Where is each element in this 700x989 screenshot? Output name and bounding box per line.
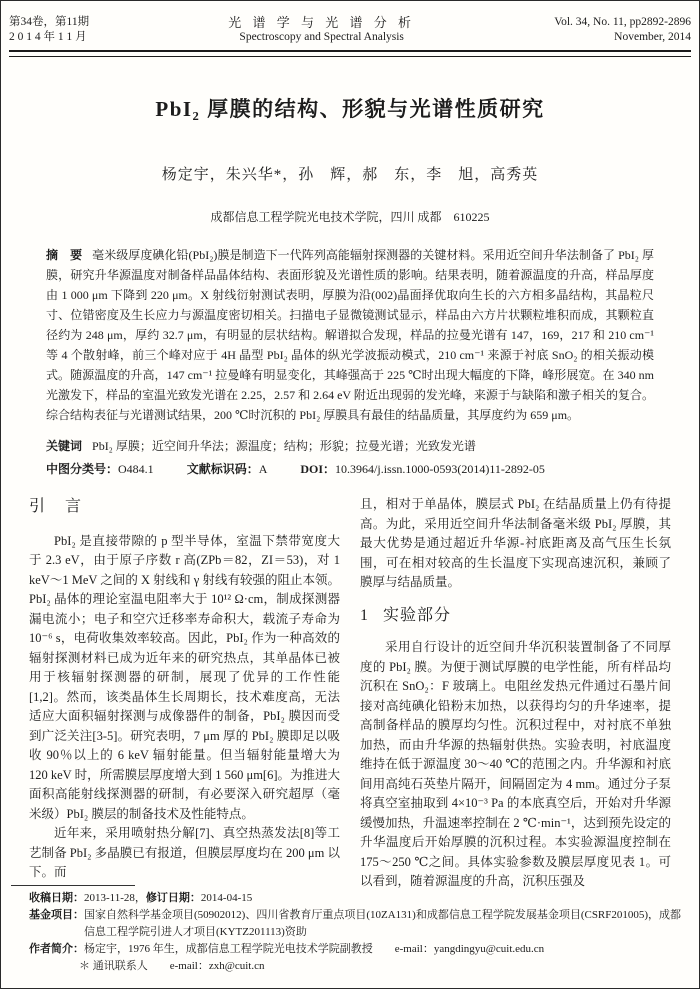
abstract-label: 摘 要 [46, 248, 82, 262]
clc-label: 中图分类号： [46, 462, 118, 476]
received-label: 收稿日期： [29, 892, 84, 904]
footnotes-block: 收稿日期：2013-11-28，修订日期：2014-04-15 基金项目：国家自… [29, 890, 689, 975]
bio-label: 作者简介： [29, 943, 84, 955]
issue-date-cn: 2 0 1 4 年 1 1 月 [9, 30, 89, 45]
affiliation-line: 成都信息工程学院光电技术学院，四川 成都 610225 [1, 208, 699, 225]
doc-code-segment: 文献标识码：A [187, 462, 268, 476]
footnote-divider [11, 885, 135, 886]
volume-issue: 第34卷，第11期 [9, 15, 89, 30]
keywords-block: 关键词PbI₂ 厚膜；近空间升华法；源温度；结构；形貌；拉曼光谱；光致发光谱 [46, 436, 654, 456]
intro-paragraph-1: PbI₂ 是直接带隙的 p 型半导体，室温下禁带宽度大于 2.3 eV，由于原子… [29, 532, 340, 825]
doc-code-label: 文献标识码： [187, 462, 259, 476]
intro-heading: 引 言 [29, 497, 340, 517]
header-vol-en-block: Vol. 34, No. 11, pp2892-2896 November, 2… [554, 15, 691, 45]
journal-header: 第34卷，第11期 2 0 1 4 年 1 1 月 光 谱 学 与 光 谱 分 … [1, 1, 699, 45]
journal-name-en: Spectroscopy and Spectral Analysis [228, 30, 415, 45]
journal-name-cn: 光 谱 学 与 光 谱 分 析 [228, 15, 415, 30]
abstract-block: 摘 要毫米级厚度碘化铅(PbI₂)膜是制造下一代阵列高能辐射探测器的关键材料。采… [46, 245, 654, 425]
abstract-text: 毫米级厚度碘化铅(PbI₂)膜是制造下一代阵列高能辐射探测器的关键材料。采用近空… [46, 248, 654, 422]
revised-label: 修订日期： [146, 892, 201, 904]
keywords-text: PbI₂ 厚膜；近空间升华法；源温度；结构；形貌；拉曼光谱；光致发光谱 [92, 439, 476, 453]
left-column: 引 言 PbI₂ 是直接带隙的 p 型半导体，室温下禁带宽度大于 2.3 eV，… [29, 495, 340, 892]
right-column: 且，相对于单晶体，膜层式 PbI₂ 在结晶质量上仍有待提高。为此，采用近空间升华… [360, 495, 671, 892]
paper-page: 第34卷，第11期 2 0 1 4 年 1 1 月 光 谱 学 与 光 谱 分 … [0, 0, 700, 989]
header-volume-block: 第34卷，第11期 2 0 1 4 年 1 1 月 [9, 15, 89, 45]
experiment-paragraph-1: 采用自行设计的近空间升华沉积装置制备了不同厚度的 PbI₂ 膜。为便于测试厚膜的… [360, 638, 671, 892]
issue-date-en: November, 2014 [554, 30, 691, 45]
header-divider [9, 50, 691, 57]
received-date-line: 收稿日期：2013-11-28，修订日期：2014-04-15 [29, 890, 689, 907]
fund-text: 国家自然科学基金项目(50902012)、四川省教育厅重点项目(10ZA131)… [84, 909, 681, 938]
classification-line: 中图分类号：O484.1 文献标识码：A DOI：10.3964/j.issn.… [46, 459, 654, 479]
corresponding-author-line: ＊ 通讯联系人 e-mail：zxh@cuit.cn [79, 958, 689, 975]
experiment-heading: 1实验部分 [360, 606, 671, 626]
author-bio-line: 作者简介：杨定宇，1976 年生，成都信息工程学院光电技术学院副教授 e-mai… [29, 941, 689, 958]
body-columns: 引 言 PbI₂ 是直接带隙的 p 型半导体，室温下禁带宽度大于 2.3 eV，… [29, 495, 671, 892]
experiment-heading-text: 实验部分 [383, 607, 451, 624]
experiment-heading-number: 1 [360, 607, 369, 624]
doi-segment: DOI：10.3964/j.issn.1000-0593(2014)11-289… [300, 462, 545, 476]
header-journal-name-block: 光 谱 学 与 光 谱 分 析 Spectroscopy and Spectra… [228, 15, 415, 45]
fund-line: 基金项目：国家自然科学基金项目(50902012)、四川省教育厅重点项目(10Z… [29, 907, 689, 941]
received-value: 2013-11-28， [84, 892, 146, 904]
authors-line: 杨定宇，朱兴华*，孙 辉，郝 东，李 旭，高秀英 [1, 163, 699, 184]
doi-value: 10.3964/j.issn.1000-0593(2014)11-2892-05 [335, 462, 545, 476]
doc-code-value: A [259, 462, 268, 476]
intro-paragraph-2: 近年来，采用喷射热分解[7]、真空热蒸发法[8]等工艺制备 PbI₂ 多晶膜已有… [29, 824, 340, 883]
bio-text: 杨定宇，1976 年生，成都信息工程学院光电技术学院副教授 e-mail：yan… [84, 943, 544, 955]
doi-label: DOI： [300, 462, 335, 476]
fund-label: 基金项目： [29, 909, 84, 921]
keywords-label: 关键词 [46, 439, 82, 453]
vol-pages-en: Vol. 34, No. 11, pp2892-2896 [554, 15, 691, 30]
clc-value: O484.1 [118, 462, 154, 476]
clc-segment: 中图分类号：O484.1 [46, 462, 154, 476]
revised-value: 2014-04-15 [201, 892, 252, 904]
page-title: PbI₂ 厚膜的结构、形貌与光谱性质研究 [1, 93, 699, 123]
continuation-paragraph: 且，相对于单晶体，膜层式 PbI₂ 在结晶质量上仍有待提高。为此，采用近空间升华… [360, 495, 671, 593]
